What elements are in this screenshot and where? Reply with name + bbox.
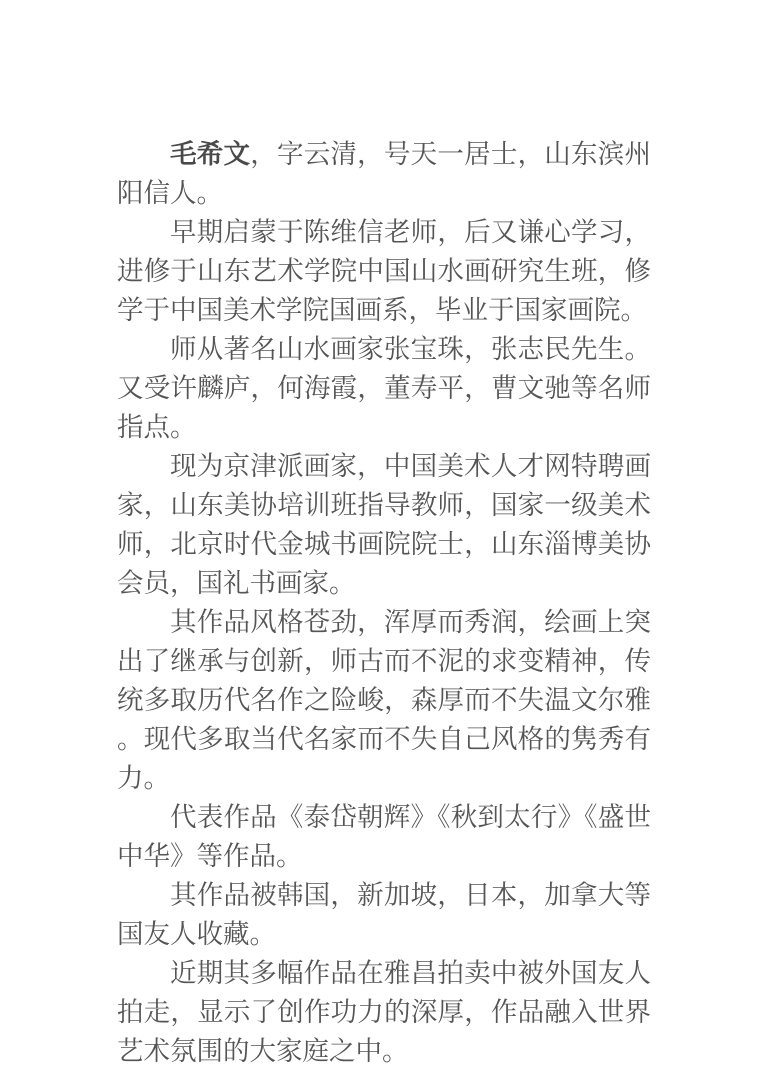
biography-document: 毛希文，字云清，号天一居士，山东滨州阳信人。 早期启蒙于陈维信老师，后又谦心学习… xyxy=(117,135,651,1071)
paragraph-positions: 现为京津派画家，中国美术人才网特聘画家，山东美协培训班指导教师，国家一级美术师，… xyxy=(117,447,651,603)
paragraph-intro: 毛希文，字云清，号天一居士，山东滨州阳信人。 xyxy=(117,135,651,213)
paragraph-works: 代表作品《泰岱朝辉》《秋到太行》《盛世中华》等作品。 xyxy=(117,798,651,876)
paragraph-style: 其作品风格苍劲，浑厚而秀润，绘画上突出了继承与创新，师古而不泥的求变精神，传统多… xyxy=(117,603,651,798)
paragraph-collections: 其作品被韩国，新加坡，日本，加拿大等国友人收藏。 xyxy=(117,876,651,954)
paragraph-auction: 近期其多幅作品在雅昌拍卖中被外国友人拍走，显示了创作功力的深厚，作品融入世界艺术… xyxy=(117,954,651,1071)
artist-name: 毛希文 xyxy=(170,139,250,170)
paragraph-education: 早期启蒙于陈维信老师，后又谦心学习，进修于山东艺术学院中国山水画研究生班，修学于… xyxy=(117,213,651,330)
paragraph-teachers: 师从著名山水画家张宝珠，张志民先生。又受许麟庐，何海霞，董寿平，曹文驰等名师指点… xyxy=(117,330,651,447)
